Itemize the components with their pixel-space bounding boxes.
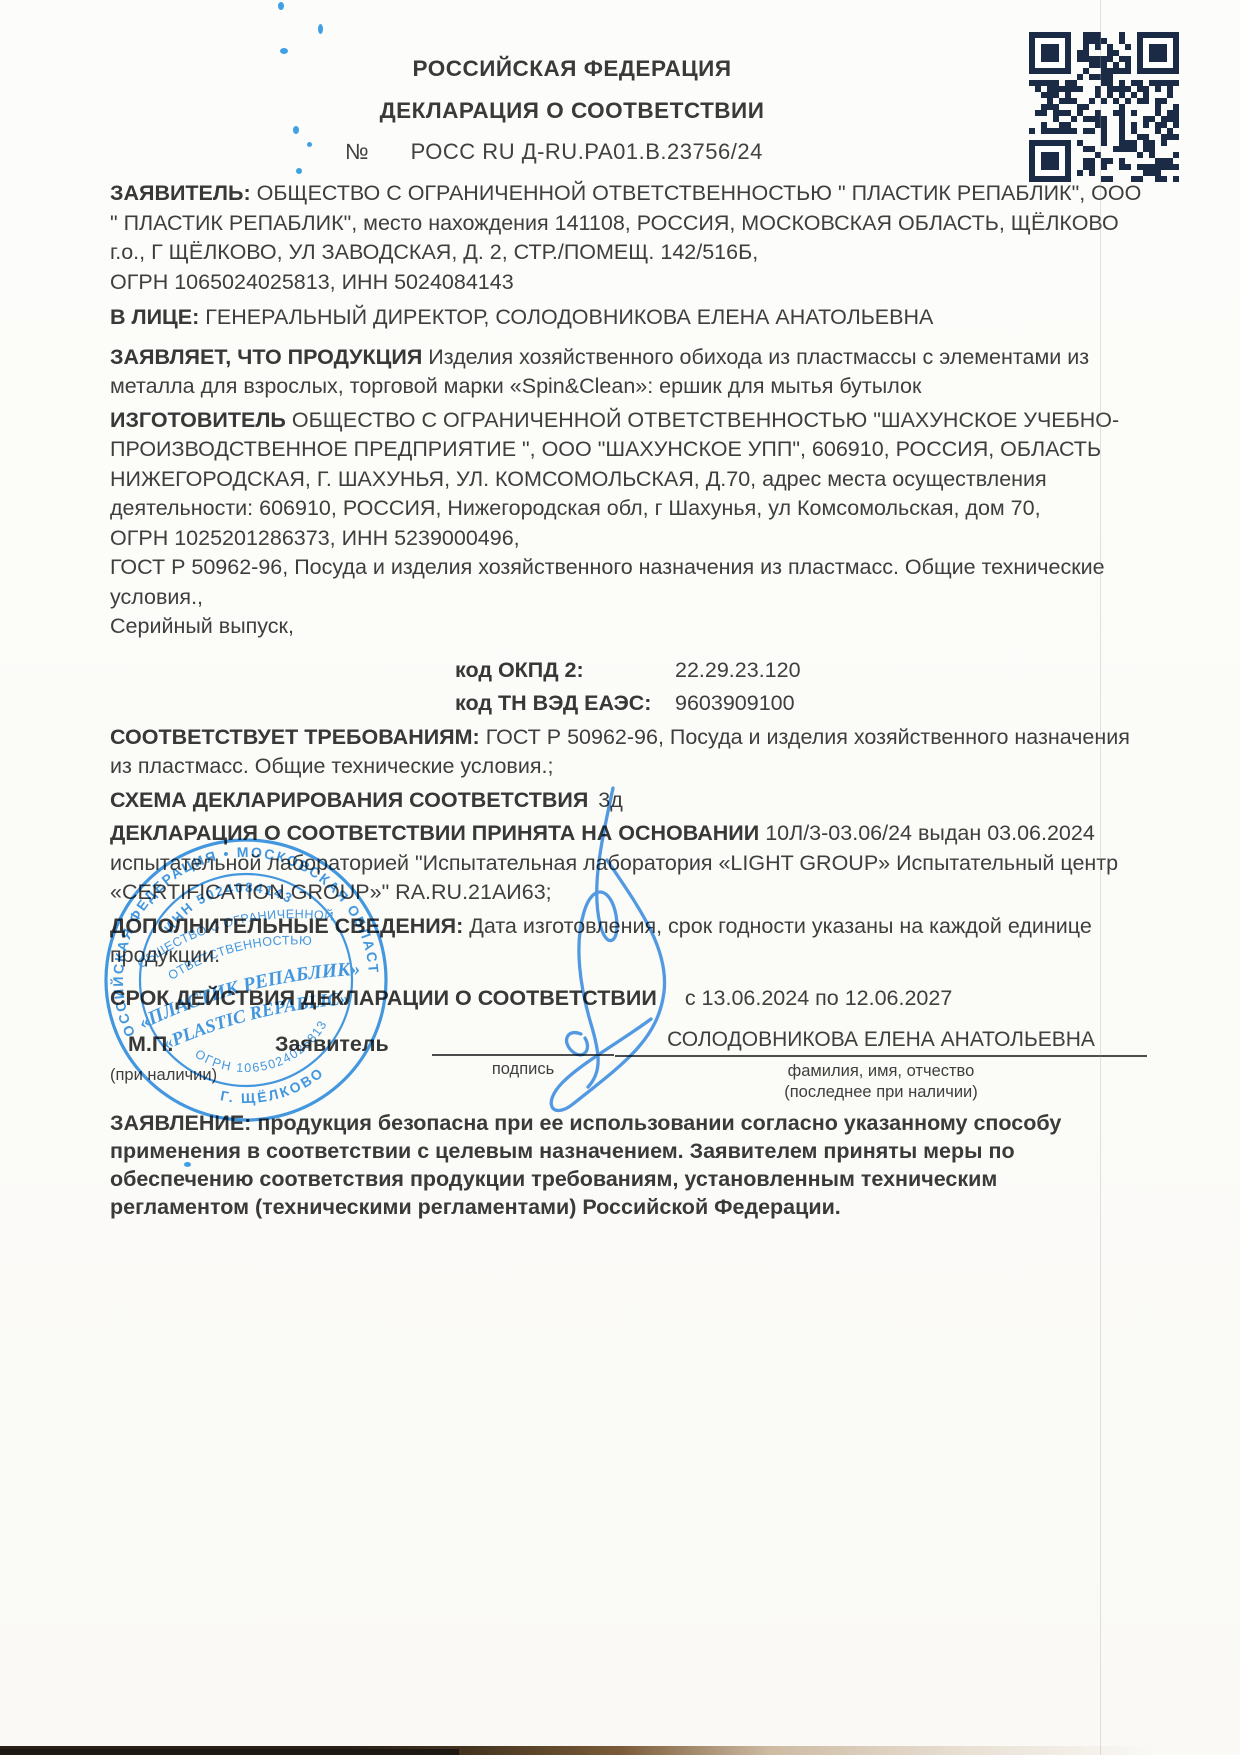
ink-speck	[318, 24, 323, 34]
applicant-text: ОБЩЕСТВО С ОГРАНИЧЕННОЙ ОТВЕТСТВЕННОСТЬЮ…	[110, 181, 1141, 264]
number-sign: №	[345, 139, 369, 165]
stamp-org-line1: ОБЩЕСТВО С ОГРАНИЧЕННОЙ	[130, 890, 338, 972]
applicant-label: ЗАЯВИТЕЛЬ:	[110, 181, 251, 205]
manufacturer-ogrn-line: ОГРН 1025201286373, ИНН 5239000496,	[110, 524, 1142, 554]
document-title: ДЕКЛАРАЦИЯ О СООТВЕТСТВИИ	[110, 98, 1034, 124]
handwritten-signature-icon	[455, 772, 875, 1122]
declaration-number-line: № РОСС RU Д-RU.РА01.В.23756/24	[110, 139, 1142, 165]
ink-speck	[293, 126, 299, 134]
person-text: ГЕНЕРАЛЬНЫЙ ДИРЕКТОР, СОЛОДОВНИКОВА ЕЛЕН…	[205, 305, 933, 329]
manufacturer-paragraph: ИЗГОТОВИТЕЛЬ ОБЩЕСТВО С ОГРАНИЧЕННОЙ ОТВ…	[110, 406, 1142, 524]
country-title: РОССИЙСКАЯ ФЕДЕРАЦИЯ	[110, 56, 1034, 82]
document-header: РОССИЙСКАЯ ФЕДЕРАЦИЯ ДЕКЛАРАЦИЯ О СООТВЕ…	[110, 56, 1034, 124]
applicant-paragraph: ЗАЯВИТЕЛЬ: ОБЩЕСТВО С ОГРАНИЧЕННОЙ ОТВЕТ…	[110, 179, 1142, 268]
okpd-code-row: код ОКПД 2: 22.29.23.120	[110, 655, 1142, 685]
okpd-value: 22.29.23.120	[675, 655, 801, 685]
product-label: ЗАЯВЛЯЕТ, ЧТО ПРОДУКЦИЯ	[110, 345, 422, 369]
product-paragraph: ЗАЯВЛЯЕТ, ЧТО ПРОДУКЦИЯ Изделия хозяйств…	[110, 343, 1142, 402]
svg-text:ОБЩЕСТВО С ОГРАНИЧЕННОЙ: ОБЩЕСТВО С ОГРАНИЧЕННОЙ	[130, 890, 338, 972]
ink-speck	[280, 48, 288, 54]
manufacturer-serial-line: Серийный выпуск,	[110, 612, 1142, 642]
vertical-scan-line	[1100, 0, 1101, 1755]
ink-speck	[296, 168, 302, 174]
manufacturer-label: ИЗГОТОВИТЕЛЬ	[110, 408, 286, 432]
qr-code-icon	[1029, 32, 1179, 182]
okpd-label: код ОКПД 2:	[455, 655, 675, 685]
person-label: В ЛИЦЕ:	[110, 305, 199, 329]
compliance-label: СООТВЕТСТВУЕТ ТРЕБОВАНИЯМ:	[110, 725, 480, 749]
ink-speck	[184, 1162, 191, 1167]
tnved-value: 9603909100	[675, 688, 795, 718]
ink-speck	[307, 142, 312, 147]
ink-speck	[278, 2, 284, 10]
declaration-number: РОСС RU Д-RU.РА01.В.23756/24	[411, 139, 763, 165]
person-paragraph: В ЛИЦЕ: ГЕНЕРАЛЬНЫЙ ДИРЕКТОР, СОЛОДОВНИК…	[110, 303, 1142, 333]
bottom-scan-edge-dark	[0, 1749, 459, 1755]
tnved-code-row: код ТН ВЭД ЕАЭС: 9603909100	[110, 688, 1142, 718]
declaration-document: РОССИЙСКАЯ ФЕДЕРАЦИЯ ДЕКЛАРАЦИЯ О СООТВЕ…	[0, 0, 1240, 1755]
codes-block: код ОКПД 2: 22.29.23.120 код ТН ВЭД ЕАЭС…	[110, 655, 1142, 718]
tnved-label: код ТН ВЭД ЕАЭС:	[455, 688, 675, 718]
manufacturer-gost-line: ГОСТ Р 50962-96, Посуда и изделия хозяйс…	[110, 553, 1142, 612]
applicant-ogrn-line: ОГРН 1065024025813, ИНН 5024084143	[110, 268, 1142, 298]
